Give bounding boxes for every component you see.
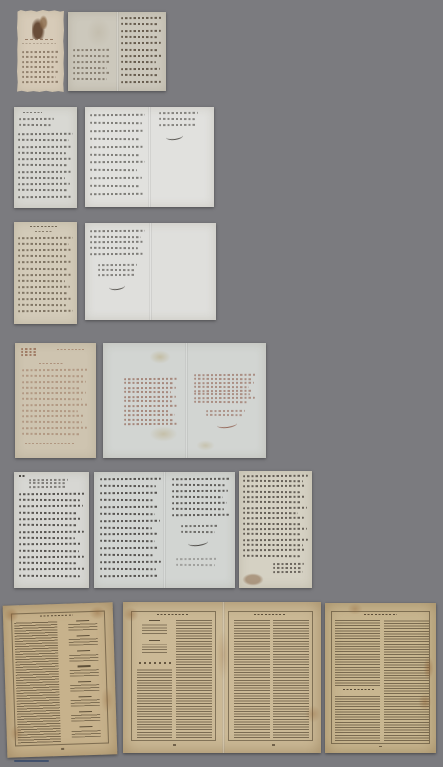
collection-canvas xyxy=(0,0,443,767)
handwriting-line xyxy=(22,381,86,383)
ink-rule xyxy=(157,614,189,615)
handwriting-lines xyxy=(206,410,245,419)
handwriting-line xyxy=(18,310,73,312)
ink-sketch xyxy=(25,15,53,41)
handwriting-line xyxy=(22,61,58,63)
handwriting-line xyxy=(90,122,142,124)
handwriting-line xyxy=(181,525,218,527)
handwriting-line xyxy=(73,78,107,80)
handwriting-line xyxy=(206,410,245,412)
handwriting-line xyxy=(172,489,228,491)
handwriting-lines xyxy=(19,493,85,581)
signature-flourish xyxy=(166,132,183,141)
stanza-heading xyxy=(77,635,90,637)
verse-stanza xyxy=(68,665,101,677)
handwriting-line xyxy=(159,112,198,114)
stanza-heading xyxy=(149,640,160,641)
handwriting-line xyxy=(172,501,227,503)
handwriting-line xyxy=(22,427,87,429)
stain xyxy=(86,17,111,49)
handwriting-line xyxy=(18,556,83,558)
handwriting-line xyxy=(100,519,160,521)
handwriting-line xyxy=(121,23,159,25)
stain xyxy=(123,607,139,622)
handwriting-line xyxy=(194,382,254,384)
ink-rule xyxy=(19,475,26,477)
handwriting-line xyxy=(90,253,143,255)
handwriting-lines xyxy=(98,264,137,280)
handwriting-line xyxy=(121,42,161,44)
handwriting-line xyxy=(243,485,306,487)
ink-rule xyxy=(35,231,53,232)
handwriting-line xyxy=(124,386,176,388)
verse-stanza xyxy=(70,726,103,738)
handwriting-line xyxy=(243,528,307,530)
stain xyxy=(305,705,321,723)
handwriting-line xyxy=(121,29,161,31)
handwriting-line xyxy=(243,501,301,503)
handwriting-line xyxy=(18,164,67,166)
handwriting-line xyxy=(243,538,308,540)
handwriting-lines xyxy=(194,374,256,405)
handwriting-line xyxy=(18,574,79,576)
handwriting-line xyxy=(172,513,229,515)
handwriting-line xyxy=(194,393,250,395)
stanza-lines xyxy=(71,699,100,707)
handwriting-line xyxy=(124,400,172,402)
sketch-ground-stroke xyxy=(25,39,53,40)
handwriting-line xyxy=(22,432,80,434)
dense-letter-page-2[interactable] xyxy=(239,471,312,588)
handwriting-line xyxy=(243,533,300,535)
handwriting-line xyxy=(124,377,178,379)
handwriting-line xyxy=(90,138,139,140)
handwriting-line xyxy=(90,169,137,171)
printed-page-1[interactable] xyxy=(3,602,118,757)
dense-letter-page-1[interactable] xyxy=(14,472,89,588)
handwriting-line xyxy=(194,389,253,391)
handwriting-line xyxy=(172,495,223,497)
handwriting-line xyxy=(90,235,141,237)
stain xyxy=(10,724,24,743)
handwriting-line xyxy=(18,183,70,185)
handwriting-line xyxy=(243,544,303,546)
handwriting-line xyxy=(121,74,158,76)
handwriting-line xyxy=(100,478,161,480)
handwriting-line xyxy=(22,415,84,417)
signature-flourish xyxy=(217,420,237,429)
page-number-mark xyxy=(61,748,64,750)
verse-stanza xyxy=(68,680,101,692)
handwriting-line xyxy=(206,414,242,416)
printed-page-2[interactable] xyxy=(325,603,436,753)
handwriting-line xyxy=(243,522,302,524)
verse-stanza xyxy=(69,695,102,707)
handwriting-line xyxy=(22,66,55,68)
handwriting-line xyxy=(90,130,144,132)
handwriting-line xyxy=(100,561,161,563)
handwriting-line xyxy=(273,571,303,573)
handwriting-line xyxy=(90,177,142,179)
handwriting-line xyxy=(18,549,78,551)
handwriting-line xyxy=(18,158,71,160)
handwriting-line xyxy=(18,499,79,501)
handwriting-line xyxy=(22,421,82,423)
handwriting-line xyxy=(18,518,81,520)
handwriting-lines xyxy=(121,17,162,87)
handwriting-line xyxy=(18,512,76,514)
handwriting-line xyxy=(90,247,138,249)
handwriting-line xyxy=(98,264,137,266)
stanza-lines xyxy=(72,729,101,737)
handwriting-line xyxy=(18,285,70,287)
handwriting-line xyxy=(18,273,72,275)
handwriting-line xyxy=(22,369,88,371)
handwriting-line xyxy=(124,409,170,411)
stain xyxy=(149,426,178,442)
letter-page-2[interactable] xyxy=(14,222,77,324)
handwriting-line xyxy=(29,479,68,481)
handwriting-line xyxy=(100,526,152,528)
print-text-column xyxy=(234,620,270,738)
handwriting-line xyxy=(18,297,72,299)
handwriting-line xyxy=(18,249,71,251)
handwriting-line xyxy=(100,575,159,577)
print-text-column xyxy=(137,668,173,737)
handwriting-line xyxy=(159,118,195,120)
ink-smudge xyxy=(242,573,264,586)
handwriting-line xyxy=(124,419,173,421)
handwriting-line xyxy=(172,484,226,486)
handwriting-line xyxy=(90,241,143,243)
handwriting-line xyxy=(90,185,140,187)
handwriting-line xyxy=(18,133,73,135)
stain xyxy=(4,607,20,623)
handwriting-line xyxy=(194,374,256,376)
stanza-heading xyxy=(77,650,90,652)
verse-stanza xyxy=(67,619,100,631)
handwriting-line xyxy=(121,80,161,82)
handwriting-line xyxy=(18,261,71,263)
stanza-heading xyxy=(78,665,91,667)
handwriting-line xyxy=(90,145,143,147)
handwriting-line xyxy=(18,505,82,507)
handwriting-line xyxy=(90,161,145,163)
letter-spread-2[interactable] xyxy=(85,107,214,207)
handwriting-lines xyxy=(124,378,178,429)
ink-rule xyxy=(25,443,75,444)
handwriting-line xyxy=(22,71,58,73)
handwriting-line xyxy=(100,498,153,500)
stain xyxy=(216,629,230,680)
handwriting-line xyxy=(19,124,52,126)
stain xyxy=(149,350,172,364)
handwriting-line xyxy=(90,193,144,195)
handwriting-line xyxy=(18,562,75,564)
handwriting-line xyxy=(73,61,110,63)
handwriting-line xyxy=(73,66,107,68)
handwriting-lines xyxy=(22,51,60,85)
handwriting-line xyxy=(194,385,249,387)
handwriting-line xyxy=(18,243,69,245)
verse-column xyxy=(63,619,107,742)
print-text-column xyxy=(273,620,309,738)
ink-rule xyxy=(39,363,63,364)
ink-rule xyxy=(30,226,58,227)
stanza-heading xyxy=(80,726,93,728)
handwriting-line xyxy=(243,490,300,492)
handwriting-line xyxy=(100,512,155,514)
stanza-lines xyxy=(71,714,100,722)
handwriting-line xyxy=(121,17,162,19)
handwriting-line xyxy=(18,170,72,172)
verse-stanza xyxy=(140,620,169,634)
handwriting-line xyxy=(73,72,110,74)
handwriting-line xyxy=(100,505,158,507)
handwriting-line xyxy=(124,423,177,425)
ink-rule xyxy=(364,614,397,616)
stanza-heading xyxy=(79,711,92,713)
handwriting-line xyxy=(176,563,215,565)
handwriting-lines xyxy=(273,563,304,575)
letter-spread-1[interactable] xyxy=(68,12,166,91)
handwriting-line xyxy=(18,267,67,269)
handwriting-lines xyxy=(21,348,37,357)
handwriting-line xyxy=(18,524,77,526)
handwriting-line xyxy=(243,549,306,551)
stanza-heading xyxy=(76,620,89,622)
verse-stanza xyxy=(67,635,100,647)
handwriting-line xyxy=(18,189,68,191)
handwriting-line xyxy=(18,279,65,281)
handwriting-lines xyxy=(100,478,161,582)
print-text-column xyxy=(176,620,212,738)
handwriting-lines xyxy=(90,230,145,259)
handwriting-line xyxy=(273,563,304,565)
handwriting-line xyxy=(18,493,84,495)
handwriting-line xyxy=(121,49,158,51)
handwriting-line xyxy=(18,195,72,197)
handwriting-line xyxy=(243,496,305,498)
signature-flourish xyxy=(108,282,124,291)
stain xyxy=(100,686,114,714)
handwriting-lines xyxy=(73,49,111,84)
handwriting-line xyxy=(124,391,171,393)
stanza-heading xyxy=(79,696,92,698)
handwriting-line xyxy=(124,382,174,384)
handwriting-line xyxy=(121,61,156,63)
stain xyxy=(196,440,216,452)
handwriting-line xyxy=(176,558,218,560)
signature-flourish xyxy=(188,538,208,547)
handwriting-line xyxy=(18,255,66,257)
handwriting-line xyxy=(121,68,160,70)
fold-crease xyxy=(116,12,119,91)
handwriting-line xyxy=(194,397,255,399)
handwriting-line xyxy=(18,237,73,239)
handwriting-line xyxy=(22,375,84,377)
handwriting-lines xyxy=(159,112,198,130)
handwriting-lines xyxy=(90,114,145,201)
handwriting-line xyxy=(90,230,145,232)
verse-stanza xyxy=(69,711,102,723)
stanza-heading xyxy=(149,620,160,621)
handwriting-line xyxy=(243,506,307,508)
decorative-dashes-row xyxy=(139,662,171,664)
handwriting-lines xyxy=(181,525,218,535)
handwriting-line xyxy=(194,378,252,380)
handwriting-line xyxy=(194,401,247,403)
print-text-column xyxy=(335,695,381,742)
handwriting-line xyxy=(22,51,60,53)
ink-rule xyxy=(23,112,42,113)
fold-crease xyxy=(148,107,151,207)
handwriting-line xyxy=(22,75,56,77)
ink-rule xyxy=(22,43,56,44)
handwriting-line xyxy=(29,486,67,488)
handwriting-line xyxy=(121,55,162,57)
handwriting-lines xyxy=(19,118,54,130)
stanza-lines xyxy=(142,624,167,634)
handwriting-line xyxy=(181,530,215,532)
handwriting-line xyxy=(121,36,157,38)
handwriting-line xyxy=(100,533,157,535)
stanza-heading xyxy=(78,681,91,683)
handwriting-line xyxy=(100,547,159,549)
handwriting-line xyxy=(18,304,66,306)
stain xyxy=(347,603,363,615)
handwriting-line xyxy=(22,80,59,82)
handwriting-lines xyxy=(18,133,73,202)
handwriting-line xyxy=(22,392,86,394)
stanza-lines xyxy=(69,623,98,631)
handwriting-line xyxy=(172,507,224,509)
handwriting-line xyxy=(73,49,111,51)
handwriting-line xyxy=(21,354,37,356)
handwriting-line xyxy=(273,567,302,569)
handwriting-line xyxy=(98,274,136,276)
stanza-lines xyxy=(71,683,100,691)
handwriting-line xyxy=(243,554,300,556)
verse-stanza xyxy=(140,640,169,654)
ink-rule xyxy=(57,349,85,350)
truncated-caption-line[interactable] xyxy=(14,760,49,762)
handwriting-line xyxy=(73,55,109,57)
handwriting-line xyxy=(22,404,88,406)
handwriting-line xyxy=(100,540,155,542)
stanza-lines xyxy=(70,653,99,661)
page-number-mark xyxy=(173,744,176,746)
handwriting-lines xyxy=(18,237,73,316)
handwriting-line xyxy=(18,139,69,141)
handwriting-line xyxy=(22,409,78,411)
handwriting-line xyxy=(243,474,308,476)
handwriting-lines xyxy=(176,558,218,570)
handwriting-line xyxy=(18,177,65,179)
print-text-column xyxy=(335,620,381,686)
page-number-mark xyxy=(272,744,275,746)
handwriting-line xyxy=(124,405,177,407)
handwriting-line xyxy=(22,386,80,388)
handwriting-line xyxy=(159,124,197,126)
handwriting-line xyxy=(29,482,65,484)
handwriting-line xyxy=(18,530,83,532)
handwriting-line xyxy=(18,152,66,154)
stanza-lines xyxy=(70,668,99,676)
handwriting-lines xyxy=(22,369,88,438)
fold-crease xyxy=(149,223,152,320)
fold-crease xyxy=(163,472,166,588)
ink-rule xyxy=(254,614,286,615)
handwriting-line xyxy=(21,351,36,353)
handwriting-line xyxy=(22,398,82,400)
stain xyxy=(88,606,106,620)
handwriting-line xyxy=(18,537,74,539)
handwriting-lines xyxy=(243,475,308,560)
fold-crease xyxy=(185,343,188,458)
sketch-figure xyxy=(39,15,47,29)
letter-spread-4[interactable] xyxy=(103,343,266,458)
print-text-column xyxy=(384,620,430,742)
handwriting-line xyxy=(243,517,304,519)
handwriting-line xyxy=(18,146,71,148)
sketch-letter-card[interactable] xyxy=(17,10,64,92)
verse-stanza xyxy=(68,650,101,662)
handwriting-line xyxy=(100,485,156,487)
handwriting-line xyxy=(243,512,298,514)
handwriting-line xyxy=(18,568,84,570)
handwriting-lines xyxy=(172,478,230,520)
handwriting-line xyxy=(21,348,37,350)
letter-spread-5[interactable] xyxy=(94,472,235,588)
handwriting-line xyxy=(19,118,54,120)
ink-rule xyxy=(343,689,374,691)
letterhead-letter-page[interactable] xyxy=(15,343,96,458)
handwriting-line xyxy=(90,153,140,155)
handwriting-line xyxy=(100,554,153,556)
handwriting-line xyxy=(172,478,230,480)
handwriting-line xyxy=(100,491,159,493)
handwriting-line xyxy=(90,114,145,116)
handwriting-line xyxy=(18,543,80,545)
letter-spread-3[interactable] xyxy=(85,223,216,320)
handwriting-line xyxy=(98,269,135,271)
stanza-lines xyxy=(69,638,98,646)
handwriting-lines xyxy=(29,479,68,489)
handwriting-line xyxy=(22,56,57,58)
printed-spread[interactable] xyxy=(123,602,321,753)
stain xyxy=(423,656,434,680)
stain xyxy=(418,693,431,711)
handwriting-line xyxy=(124,396,176,398)
handwriting-line xyxy=(124,414,175,416)
handwriting-line xyxy=(100,568,156,570)
stanza-lines xyxy=(142,644,167,654)
verse-column xyxy=(137,620,173,659)
letter-page-1[interactable] xyxy=(14,107,77,208)
handwriting-line xyxy=(18,291,68,293)
handwriting-line xyxy=(243,480,303,482)
page-number-mark xyxy=(379,746,382,748)
